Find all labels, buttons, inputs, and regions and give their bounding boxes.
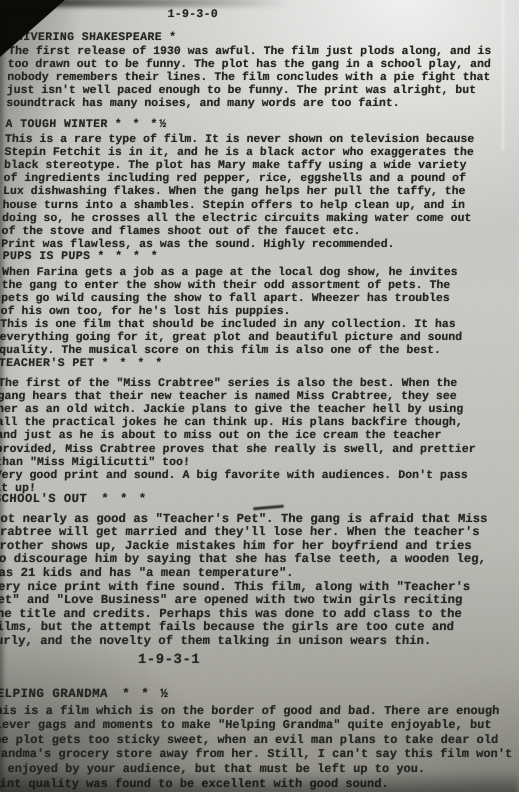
review-section-a-tough-winter: A TOUGH WINTER* * *½ This is a rare type… (0, 118, 519, 251)
film-name: SCHOOL'S OUT (0, 492, 87, 506)
scanned-page-photo: 1-9-3-0 SHIVERING SHAKESPEARE* The first… (0, 0, 519, 792)
film-title-line: HELPING GRANDMA* * ½ (0, 687, 519, 702)
film-review-text: Not nearly as good as "Teacher's Pet". T… (0, 513, 519, 649)
review-section-pups-is-pups: PUPS IS PUPS* * * * When Farina gets a j… (0, 250, 519, 357)
film-review-text: When Farina gets a job as a page at the … (0, 266, 519, 357)
year-heading-1931: 1-9-3-1 (138, 652, 201, 668)
typewritten-text-layer: 1-9-3-0 SHIVERING SHAKESPEARE* The first… (0, 0, 519, 792)
film-review-text: The first of the "Miss Crabtree" series … (0, 377, 519, 495)
review-section-shivering-shakespeare: SHIVERING SHAKESPEARE* The first release… (0, 31, 519, 111)
film-title-line: TEACHER'S PET* * * * (0, 357, 519, 370)
film-rating-stars: * * *½ (114, 118, 168, 131)
review-section-teachers-pet: TEACHER'S PET* * * * The first of the "M… (0, 357, 519, 495)
film-rating-stars: * * ½ (122, 687, 170, 701)
review-section-schools-out: SCHOOL'S OUT* * * Not nearly as good as … (0, 493, 519, 649)
film-name: SHIVERING SHAKESPEARE (8, 31, 162, 44)
film-title-line: A TOUGH WINTER* * *½ (5, 118, 519, 131)
film-name: TEACHER'S PET (0, 357, 95, 370)
film-title-line: SHIVERING SHAKESPEARE* (8, 31, 519, 44)
film-name: HELPING GRANDMA (0, 687, 108, 701)
paper-fold-line (502, 0, 504, 150)
film-rating-stars: * (169, 31, 178, 44)
film-rating-stars: * * * * (101, 357, 164, 370)
film-rating-stars: * * * * (97, 250, 160, 263)
photo-top-edge-shadow (0, 0, 290, 7)
photo-left-edge-shadow (0, 0, 6, 792)
film-name: A TOUGH WINTER (5, 118, 108, 131)
film-title-line: PUPS IS PUPS* * * * (2, 250, 519, 263)
film-review-text: This is a rare type of film. It is never… (1, 133, 519, 251)
film-title-line: SCHOOL'S OUT* * * (0, 493, 519, 507)
year-heading-1930: 1-9-3-0 (167, 8, 218, 21)
film-rating-stars: * * * (101, 492, 148, 506)
film-name: PUPS IS PUPS (2, 250, 90, 263)
film-review-text: The first release of 1930 was awful. The… (6, 45, 519, 110)
photo-bottom-edge-shadow (0, 770, 519, 792)
